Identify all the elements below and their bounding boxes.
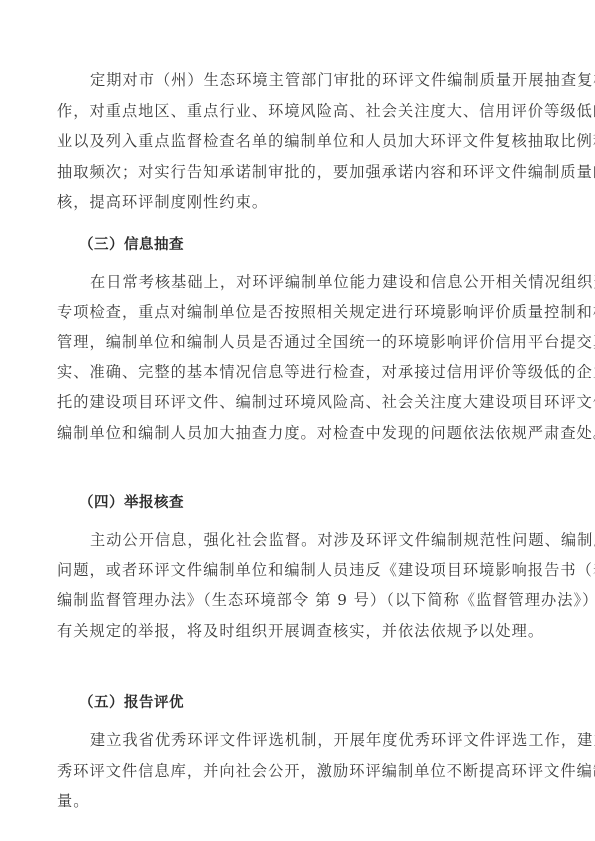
paragraph-line: 定期对市（州）生态环境主管部门审批的环评文件编制质量开展抽查复核工 xyxy=(90,70,541,90)
paragraph-line: 实、准确、完整的基本情况信息等进行检查，对承接过信用评价等级低的企业委 xyxy=(57,362,541,382)
document-page: 定期对市（州）生态环境主管部门审批的环评文件编制质量开展抽查复核工 作，对重点地… xyxy=(0,0,595,841)
paragraph-line: 在日常考核基础上，对环评编制单位能力建设和信息公开相关情况组织开展 xyxy=(90,272,541,292)
paragraph-line: 主动公开信息，强化社会监督。对涉及环评文件编制规范性问题、编制质量 xyxy=(90,530,541,550)
paragraph-line: 问题，或者环评文件编制单位和编制人员违反《建设项目环境影响报告书（表） xyxy=(57,560,541,580)
paragraph-line: 编制监督管理办法》（生态环境部令 第 9 号）（以下简称《监督管理办法》） xyxy=(57,590,541,610)
section-heading-info-check: （三）信息抽查 xyxy=(79,235,184,255)
paragraph-line: 量。 xyxy=(57,791,541,811)
paragraph-line: 核，提高环评制度刚性约束。 xyxy=(57,192,541,212)
paragraph-line: 抽取频次；对实行告知承诺制审批的，要加强承诺内容和环评文件编制质量的复 xyxy=(57,162,541,182)
paragraph-line: 业以及列入重点监督检查名单的编制单位和人员加大环评文件复核抽取比例和 xyxy=(57,131,541,151)
paragraph-line: 管理，编制单位和编制人员是否通过全国统一的环境影响评价信用平台提交真 xyxy=(57,332,541,352)
paragraph-line: 作，对重点地区、重点行业、环境风险高、社会关注度大、信用评价等级低的企 xyxy=(57,101,541,121)
paragraph-line: 编制单位和编制人员加大抽查力度。对检查中发现的问题依法依规严肃查处。 xyxy=(57,423,541,443)
paragraph-line: 有关规定的举报，将及时组织开展调查核实，并依法依规予以处理。 xyxy=(57,621,541,641)
paragraph-line: 专项检查，重点对编制单位是否按照相关规定进行环境影响评价质量控制和档案 xyxy=(57,302,541,322)
section-heading-report-awards: （五）报告评优 xyxy=(79,693,184,713)
paragraph-line: 秀环评文件信息库，并向社会公开，激励环评编制单位不断提高环评文件编制质 xyxy=(57,761,541,781)
paragraph-line: 托的建设项目环评文件、编制过环境风险高、社会关注度大建设项目环评文件的 xyxy=(57,392,541,412)
section-heading-report-check: （四）举报核查 xyxy=(79,493,184,513)
paragraph-line: 建立我省优秀环评文件评选机制，开展年度优秀环评文件评选工作，建立优 xyxy=(90,730,541,750)
